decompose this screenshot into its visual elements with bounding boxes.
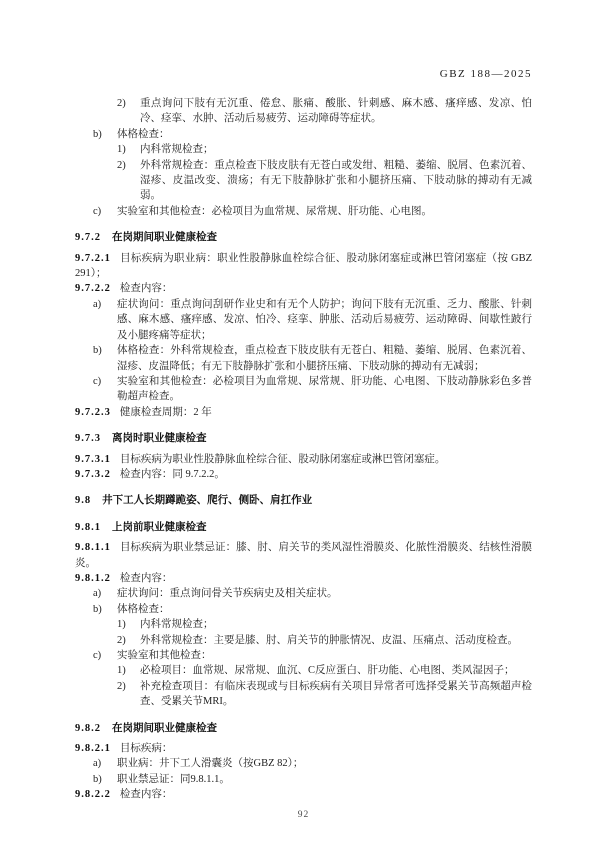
- item-text: 症状询问：重点询问刮研作业史和有无个人防护；询问下肢有无沉重、乏力、酸胀、针刺感…: [117, 297, 532, 343]
- page-number: 92: [75, 808, 532, 823]
- clause-number: 9.7.3.1: [75, 454, 111, 465]
- list-item: b)体格检查：: [75, 127, 532, 142]
- list-item: 2)重点询问下肢有无沉重、倦怠、胀痛、酸胀、针刺感、麻木感、瘙痒感、发凉、怕冷、…: [75, 96, 532, 127]
- item-text: 职业禁忌证：同9.8.1.1。: [117, 772, 532, 787]
- section-heading: 9.8.2在岗期间职业健康检查: [75, 721, 532, 736]
- item-text: 重点询问下肢有无沉重、倦怠、胀痛、酸胀、针刺感、麻木感、瘙痒感、发凉、怕冷、痉挛…: [140, 96, 532, 127]
- item-marker: 1): [117, 663, 140, 678]
- clause-number: 9.7.2: [75, 232, 101, 243]
- clause-paragraph: 9.8.2.2检查内容：: [75, 787, 532, 802]
- standard-number-header: GBZ 188—2025: [75, 68, 532, 80]
- item-text: 实验室和其他检查：必检项目为血常规、尿常规、肝功能、心电图。: [117, 204, 532, 219]
- item-text: 内科常规检查；: [140, 617, 532, 632]
- item-text: 症状询问：重点询问骨关节疾病史及相关症状。: [117, 586, 532, 601]
- section-heading: 9.7.2在岗期间职业健康检查: [75, 230, 532, 245]
- list-item: c)实验室和其他检查：: [75, 648, 532, 663]
- item-marker: c): [93, 648, 117, 663]
- item-text: 体格检查：: [117, 602, 532, 617]
- clause-text: 目标疾病为职业病：职业性股静脉血栓综合征、股动脉闭塞症或淋巴管闭塞症（按 GBZ…: [75, 253, 532, 279]
- list-item: 1)内科常规检查；: [75, 142, 532, 157]
- list-item: 1)内科常规检查；: [75, 617, 532, 632]
- item-marker: 1): [117, 617, 140, 632]
- heading-title: 离岗时职业健康检查: [112, 433, 207, 444]
- clause-paragraph: 9.8.2.1目标疾病：: [75, 741, 532, 756]
- clause-number: 9.7.2.3: [75, 407, 111, 418]
- item-marker: 2): [117, 679, 140, 710]
- document-body: 2)重点询问下肢有无沉重、倦怠、胀痛、酸胀、针刺感、麻木感、瘙痒感、发凉、怕冷、…: [75, 96, 532, 823]
- heading-title: 在岗期间职业健康检查: [112, 723, 217, 734]
- clause-text: 检查内容：同 9.7.2.2。: [120, 469, 225, 480]
- list-item: 1)必检项目：血常规、尿常规、血沉、C反应蛋白、肝功能、心电图、类风湿因子；: [75, 663, 532, 678]
- item-marker: a): [93, 297, 117, 343]
- heading-title: 在岗期间职业健康检查: [112, 232, 217, 243]
- clause-paragraph: 9.7.2.3健康检查周期：2 年: [75, 405, 532, 420]
- item-marker: 2): [117, 158, 140, 204]
- item-text: 补充检查项目：有临床表现或与目标疾病有关项目异常者可选择受累关节高频超声检查、受…: [140, 679, 532, 710]
- item-marker: b): [93, 343, 117, 374]
- clause-text: 健康检查周期：2 年: [120, 407, 212, 418]
- list-item: c)实验室和其他检查：必检项目为血常规、尿常规、肝功能、心电图。: [75, 204, 532, 219]
- item-text: 外科常规检查：重点检查下肢皮肤有无苍白或发绀、粗糙、萎缩、脱屑、色素沉着、湿疹、…: [140, 158, 532, 204]
- list-item: a)职业病：井下工人滑囊炎（按GBZ 82）；: [75, 756, 532, 771]
- item-marker: b): [93, 602, 117, 617]
- list-item: c)实验室和其他检查：必检项目为血常规、尿常规、肝功能、心电图、下肢动静脉彩色多…: [75, 374, 532, 405]
- clause-paragraph: 9.8.1.1目标疾病为职业禁忌证：膝、肘、肩关节的类风湿性滑膜炎、化脓性滑膜炎…: [75, 540, 532, 571]
- item-text: 内科常规检查；: [140, 142, 532, 157]
- list-item: 2)外科常规检查：重点检查下肢皮肤有无苍白或发绀、粗糙、萎缩、脱屑、色素沉着、湿…: [75, 158, 532, 204]
- clause-paragraph: 9.7.3.2检查内容：同 9.7.2.2。: [75, 467, 532, 482]
- clause-paragraph: 9.8.1.2检查内容：: [75, 571, 532, 586]
- item-text: 必检项目：血常规、尿常规、血沉、C反应蛋白、肝功能、心电图、类风湿因子；: [140, 663, 532, 678]
- heading-title: 上岗前职业健康检查: [112, 522, 207, 533]
- list-item: b)职业禁忌证：同9.8.1.1。: [75, 772, 532, 787]
- item-marker: 2): [117, 96, 140, 127]
- item-text: 外科常规检查：主要是膝、肘、肩关节的肿胀情况、皮温、压痛点、活动度检查。: [140, 633, 532, 648]
- clause-number: 9.8: [75, 495, 91, 506]
- heading-title: 井下工人长期蹲跪姿、爬行、侧卧、肩扛作业: [102, 495, 312, 506]
- item-marker: a): [93, 586, 117, 601]
- clause-text: 目标疾病：: [120, 743, 173, 754]
- item-marker: c): [93, 204, 117, 219]
- item-marker: b): [93, 772, 117, 787]
- clause-text: 检查内容：: [120, 573, 173, 584]
- item-marker: a): [93, 756, 117, 771]
- clause-number: 9.8.1: [75, 522, 101, 533]
- list-item: 2)补充检查项目：有临床表现或与目标疾病有关项目异常者可选择受累关节高频超声检查…: [75, 679, 532, 710]
- section-heading: 9.7.3离岗时职业健康检查: [75, 431, 532, 446]
- clause-text: 检查内容：: [120, 789, 173, 800]
- clause-paragraph: 9.7.3.1目标疾病为职业性股静脉血栓综合征、股动脉闭塞症或淋巴管闭塞症。: [75, 452, 532, 467]
- clause-number: 9.8.2.1: [75, 743, 111, 754]
- item-marker: b): [93, 127, 117, 142]
- list-item: b)体格检查：外科常规检查，重点检查下肢皮肤有无苍白、粗糙、萎缩、脱屑、色素沉着…: [75, 343, 532, 374]
- clause-number: 9.8.1.2: [75, 573, 111, 584]
- clause-number: 9.8.2.2: [75, 789, 111, 800]
- list-item: b)体格检查：: [75, 602, 532, 617]
- item-text: 实验室和其他检查：必检项目为血常规、尿常规、肝功能、心电图、下肢动静脉彩色多普勒…: [117, 374, 532, 405]
- clause-number: 9.8.2: [75, 723, 101, 734]
- item-marker: 2): [117, 633, 140, 648]
- item-marker: c): [93, 374, 117, 405]
- section-heading: 9.8.1上岗前职业健康检查: [75, 520, 532, 535]
- clause-number: 9.7.2.2: [75, 283, 111, 294]
- list-item: a)症状询问：重点询问刮研作业史和有无个人防护；询问下肢有无沉重、乏力、酸胀、针…: [75, 297, 532, 343]
- item-marker: 1): [117, 142, 140, 157]
- list-item: a)症状询问：重点询问骨关节疾病史及相关症状。: [75, 586, 532, 601]
- item-text: 职业病：井下工人滑囊炎（按GBZ 82）；: [117, 756, 532, 771]
- list-item: 2)外科常规检查：主要是膝、肘、肩关节的肿胀情况、皮温、压痛点、活动度检查。: [75, 633, 532, 648]
- clause-number: 9.7.2.1: [75, 253, 111, 264]
- item-text: 体格检查：: [117, 127, 532, 142]
- clause-text: 目标疾病为职业禁忌证：膝、肘、肩关节的类风湿性滑膜炎、化脓性滑膜炎、结核性滑膜炎…: [75, 542, 532, 568]
- item-text: 实验室和其他检查：: [117, 648, 532, 663]
- clause-text: 检查内容：: [120, 283, 173, 294]
- item-text: 体格检查：外科常规检查，重点检查下肢皮肤有无苍白、粗糙、萎缩、脱屑、色素沉着、湿…: [117, 343, 532, 374]
- clause-number: 9.8.1.1: [75, 542, 111, 553]
- clause-number: 9.7.3.2: [75, 469, 111, 480]
- section-heading: 9.8井下工人长期蹲跪姿、爬行、侧卧、肩扛作业: [75, 493, 532, 508]
- clause-paragraph: 9.7.2.2检查内容：: [75, 281, 532, 296]
- clause-number: 9.7.3: [75, 433, 101, 444]
- page: GBZ 188—2025 2)重点询问下肢有无沉重、倦怠、胀痛、酸胀、针刺感、麻…: [0, 0, 600, 848]
- clause-paragraph: 9.7.2.1目标疾病为职业病：职业性股静脉血栓综合征、股动脉闭塞症或淋巴管闭塞…: [75, 251, 532, 282]
- clause-text: 目标疾病为职业性股静脉血栓综合征、股动脉闭塞症或淋巴管闭塞症。: [120, 454, 446, 465]
